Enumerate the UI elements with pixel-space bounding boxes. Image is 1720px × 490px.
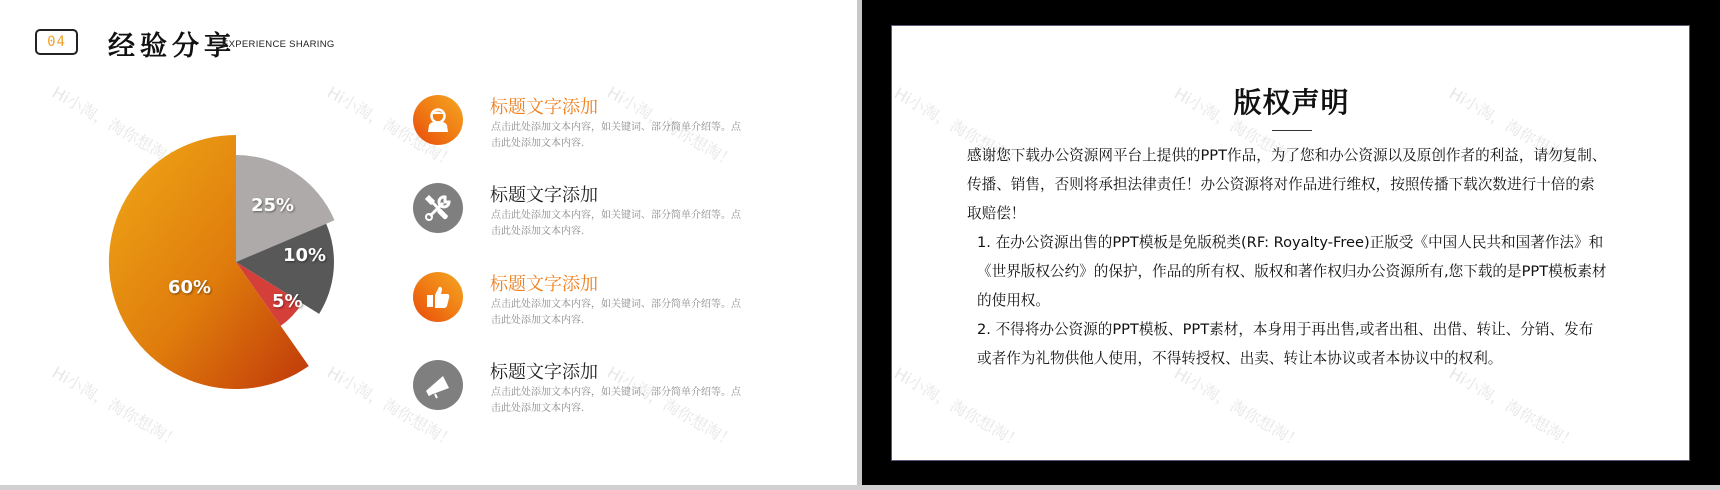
- copyright-paragraph: 1. 在办公资源出售的PPT模板是免版税类(RF: Royalty-Free)正…: [967, 228, 1607, 315]
- list-item[interactable]: 标题文字添加 点击此处添加文本内容，如关键词、部分简单介绍等。点击此处添加文本内…: [412, 272, 772, 342]
- megaphone-icon: [423, 370, 453, 400]
- item-description: 点击此处添加文本内容，如关键词、部分简单介绍等。点击此处添加文本内容.: [491, 208, 741, 240]
- tools-icon: [423, 193, 453, 223]
- pie-label-60: 60%: [168, 277, 211, 298]
- copyright-title: 版权声明: [892, 81, 1690, 121]
- list-item[interactable]: 标题文字添加 点击此处添加文本内容，如关键词、部分简单介绍等。点击此处添加文本内…: [412, 360, 772, 430]
- item-title: 标题文字添加: [490, 181, 598, 207]
- item-title: 标题文字添加: [490, 358, 598, 384]
- thumbs-up-icon: [424, 283, 452, 311]
- item-icon-circle: [413, 95, 463, 145]
- pie-label-25: 25%: [251, 195, 294, 216]
- copyright-paragraph: 感谢您下载办公资源网平台上提供的PPT作品，为了您和办公资源以及原创作者的利益，…: [967, 141, 1607, 228]
- pie-chart: 60% 25% 10% 5%: [0, 0, 420, 485]
- copyright-body: 感谢您下载办公资源网平台上提供的PPT作品，为了您和办公资源以及原创作者的利益，…: [967, 141, 1607, 373]
- item-title: 标题文字添加: [490, 270, 598, 296]
- watermark: Hi小淘，淘你想淘！: [891, 361, 1027, 453]
- item-description: 点击此处添加文本内容，如关键词、部分简单介绍等。点击此处添加文本内容.: [491, 297, 741, 329]
- user-icon: [424, 106, 452, 134]
- list-item[interactable]: 标题文字添加 点击此处添加文本内容，如关键词、部分简单介绍等。点击此处添加文本内…: [412, 95, 772, 165]
- pie-label-5: 5%: [272, 291, 303, 312]
- bottom-strip: [0, 485, 1720, 490]
- item-icon-circle: [413, 360, 463, 410]
- slide-viewer: Hi小淘，淘你想淘！ Hi小淘，淘你想淘！ Hi小淘，淘你想淘！ Hi小淘，淘你…: [0, 0, 1720, 490]
- pie-chart-svg: [0, 0, 420, 485]
- watermark: Hi小淘，淘你想淘！: [1171, 361, 1308, 453]
- list-item[interactable]: 标题文字添加 点击此处添加文本内容，如关键词、部分简单介绍等。点击此处添加文本内…: [412, 183, 772, 253]
- item-icon-circle: [413, 272, 463, 322]
- copyright-paragraph: 2. 不得将办公资源的PPT模板、PPT素材，本身用于再出售,或者出租、出借、转…: [967, 315, 1607, 373]
- watermark: Hi小淘，淘你想淘！: [1446, 361, 1583, 453]
- item-title: 标题文字添加: [490, 93, 598, 119]
- item-icon-circle: [413, 183, 463, 233]
- copyright-page: Hi小淘，淘你想淘！ Hi小淘，淘你想淘！ Hi小淘，淘你想淘！ Hi小淘，淘你…: [891, 25, 1690, 461]
- title-underline: [1272, 130, 1312, 131]
- slide-experience-sharing[interactable]: Hi小淘，淘你想淘！ Hi小淘，淘你想淘！ Hi小淘，淘你想淘！ Hi小淘，淘你…: [0, 0, 857, 485]
- item-description: 点击此处添加文本内容，如关键词、部分简单介绍等。点击此处添加文本内容.: [491, 385, 741, 417]
- item-description: 点击此处添加文本内容，如关键词、部分简单介绍等。点击此处添加文本内容.: [491, 120, 741, 152]
- pie-label-10: 10%: [283, 245, 326, 266]
- slide-copyright[interactable]: Hi小淘，淘你想淘！ Hi小淘，淘你想淘！ Hi小淘，淘你想淘！ Hi小淘，淘你…: [862, 0, 1720, 485]
